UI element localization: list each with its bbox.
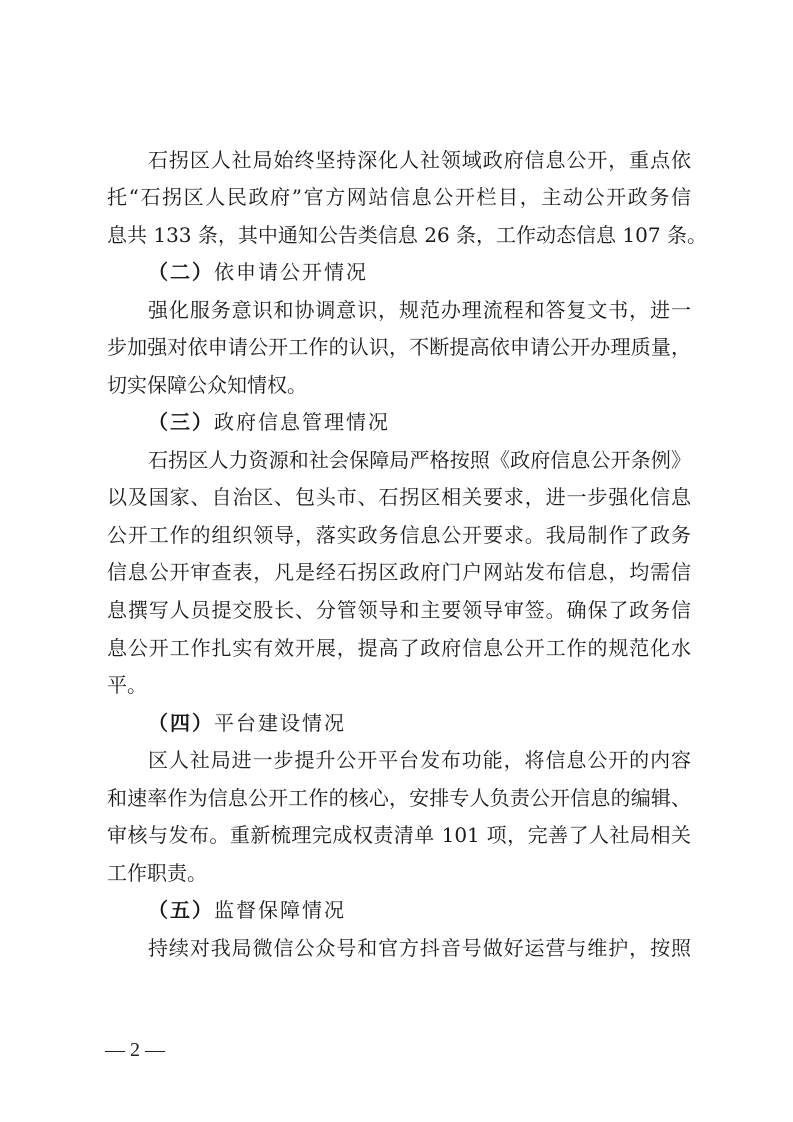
heading-title: 依申请公开情况 xyxy=(214,260,368,284)
heading-number: （四） xyxy=(148,711,214,735)
paragraph-line: 信息公开审查表，凡是经石拐区政府门户网站发布信息，均需信 xyxy=(107,557,691,587)
paragraph-line: 以及国家、自治区、包头市、石拐区相关要求，进一步强化信息 xyxy=(107,482,691,512)
section-heading-supervision: （五）监督保障情况 xyxy=(148,895,346,925)
paragraph-line: 石拐区人力资源和社会保障局严格按照《政府信息公开条例》 xyxy=(148,445,691,475)
paragraph-line: 持续对我局微信公众号和官方抖音号做好运营与维护，按照 xyxy=(148,933,691,963)
paragraph-line: 步加强对依申请公开工作的认识，不断提高依申请公开办理质量， xyxy=(107,332,691,362)
paragraph-line: 审核与发布。重新梳理完成权责清单 101 项，完善了人社局相关 xyxy=(107,820,691,850)
section-heading-apply-disclosure: （二）依申请公开情况 xyxy=(148,257,368,287)
paragraph-line: 息撰写人员提交股长、分管领导和主要领导审签。确保了政务信 xyxy=(107,595,691,625)
heading-title: 政府信息管理情况 xyxy=(214,410,390,434)
paragraph-line: 强化服务意识和协调意识，规范办理流程和答复文书，进一 xyxy=(148,295,691,325)
heading-title: 平台建设情况 xyxy=(214,711,346,735)
paragraph-line: 石拐区人社局始终坚持深化人社领域政府信息公开，重点依 xyxy=(148,145,691,175)
heading-number: （三） xyxy=(148,410,214,434)
heading-number: （二） xyxy=(148,260,214,284)
paragraph-line: 公开工作的组织领导，落实政务信息公开要求。我局制作了政务 xyxy=(107,520,691,550)
section-heading-platform-construction: （四）平台建设情况 xyxy=(148,708,346,738)
paragraph-line: 切实保障公众知情权。 xyxy=(107,370,691,400)
paragraph-line: 息共 133 条，其中通知公告类信息 26 条，工作动态信息 107 条。 xyxy=(107,220,691,250)
heading-title: 监督保障情况 xyxy=(214,898,346,922)
paragraph-line: 区人社局进一步提升公开平台发布功能，将信息公开的内容 xyxy=(148,745,691,775)
paragraph-line: 工作职责。 xyxy=(107,858,691,888)
paragraph-line: 平。 xyxy=(107,670,691,700)
heading-number: （五） xyxy=(148,898,214,922)
paragraph-line: 托“石拐区人民政府”官方网站信息公开栏目，主动公开政务信 xyxy=(107,182,691,212)
page-number: — 2 — xyxy=(105,1036,165,1064)
paragraph-line: 息公开工作扎实有效开展，提高了政府信息公开工作的规范化水 xyxy=(107,633,691,663)
section-heading-info-management: （三）政府信息管理情况 xyxy=(148,407,390,437)
paragraph-line: 和速率作为信息公开工作的核心，安排专人负责公开信息的编辑、 xyxy=(107,783,691,813)
document-page: 石拐区人社局始终坚持深化人社领域政府信息公开，重点依 托“石拐区人民政府”官方网… xyxy=(0,0,793,1122)
